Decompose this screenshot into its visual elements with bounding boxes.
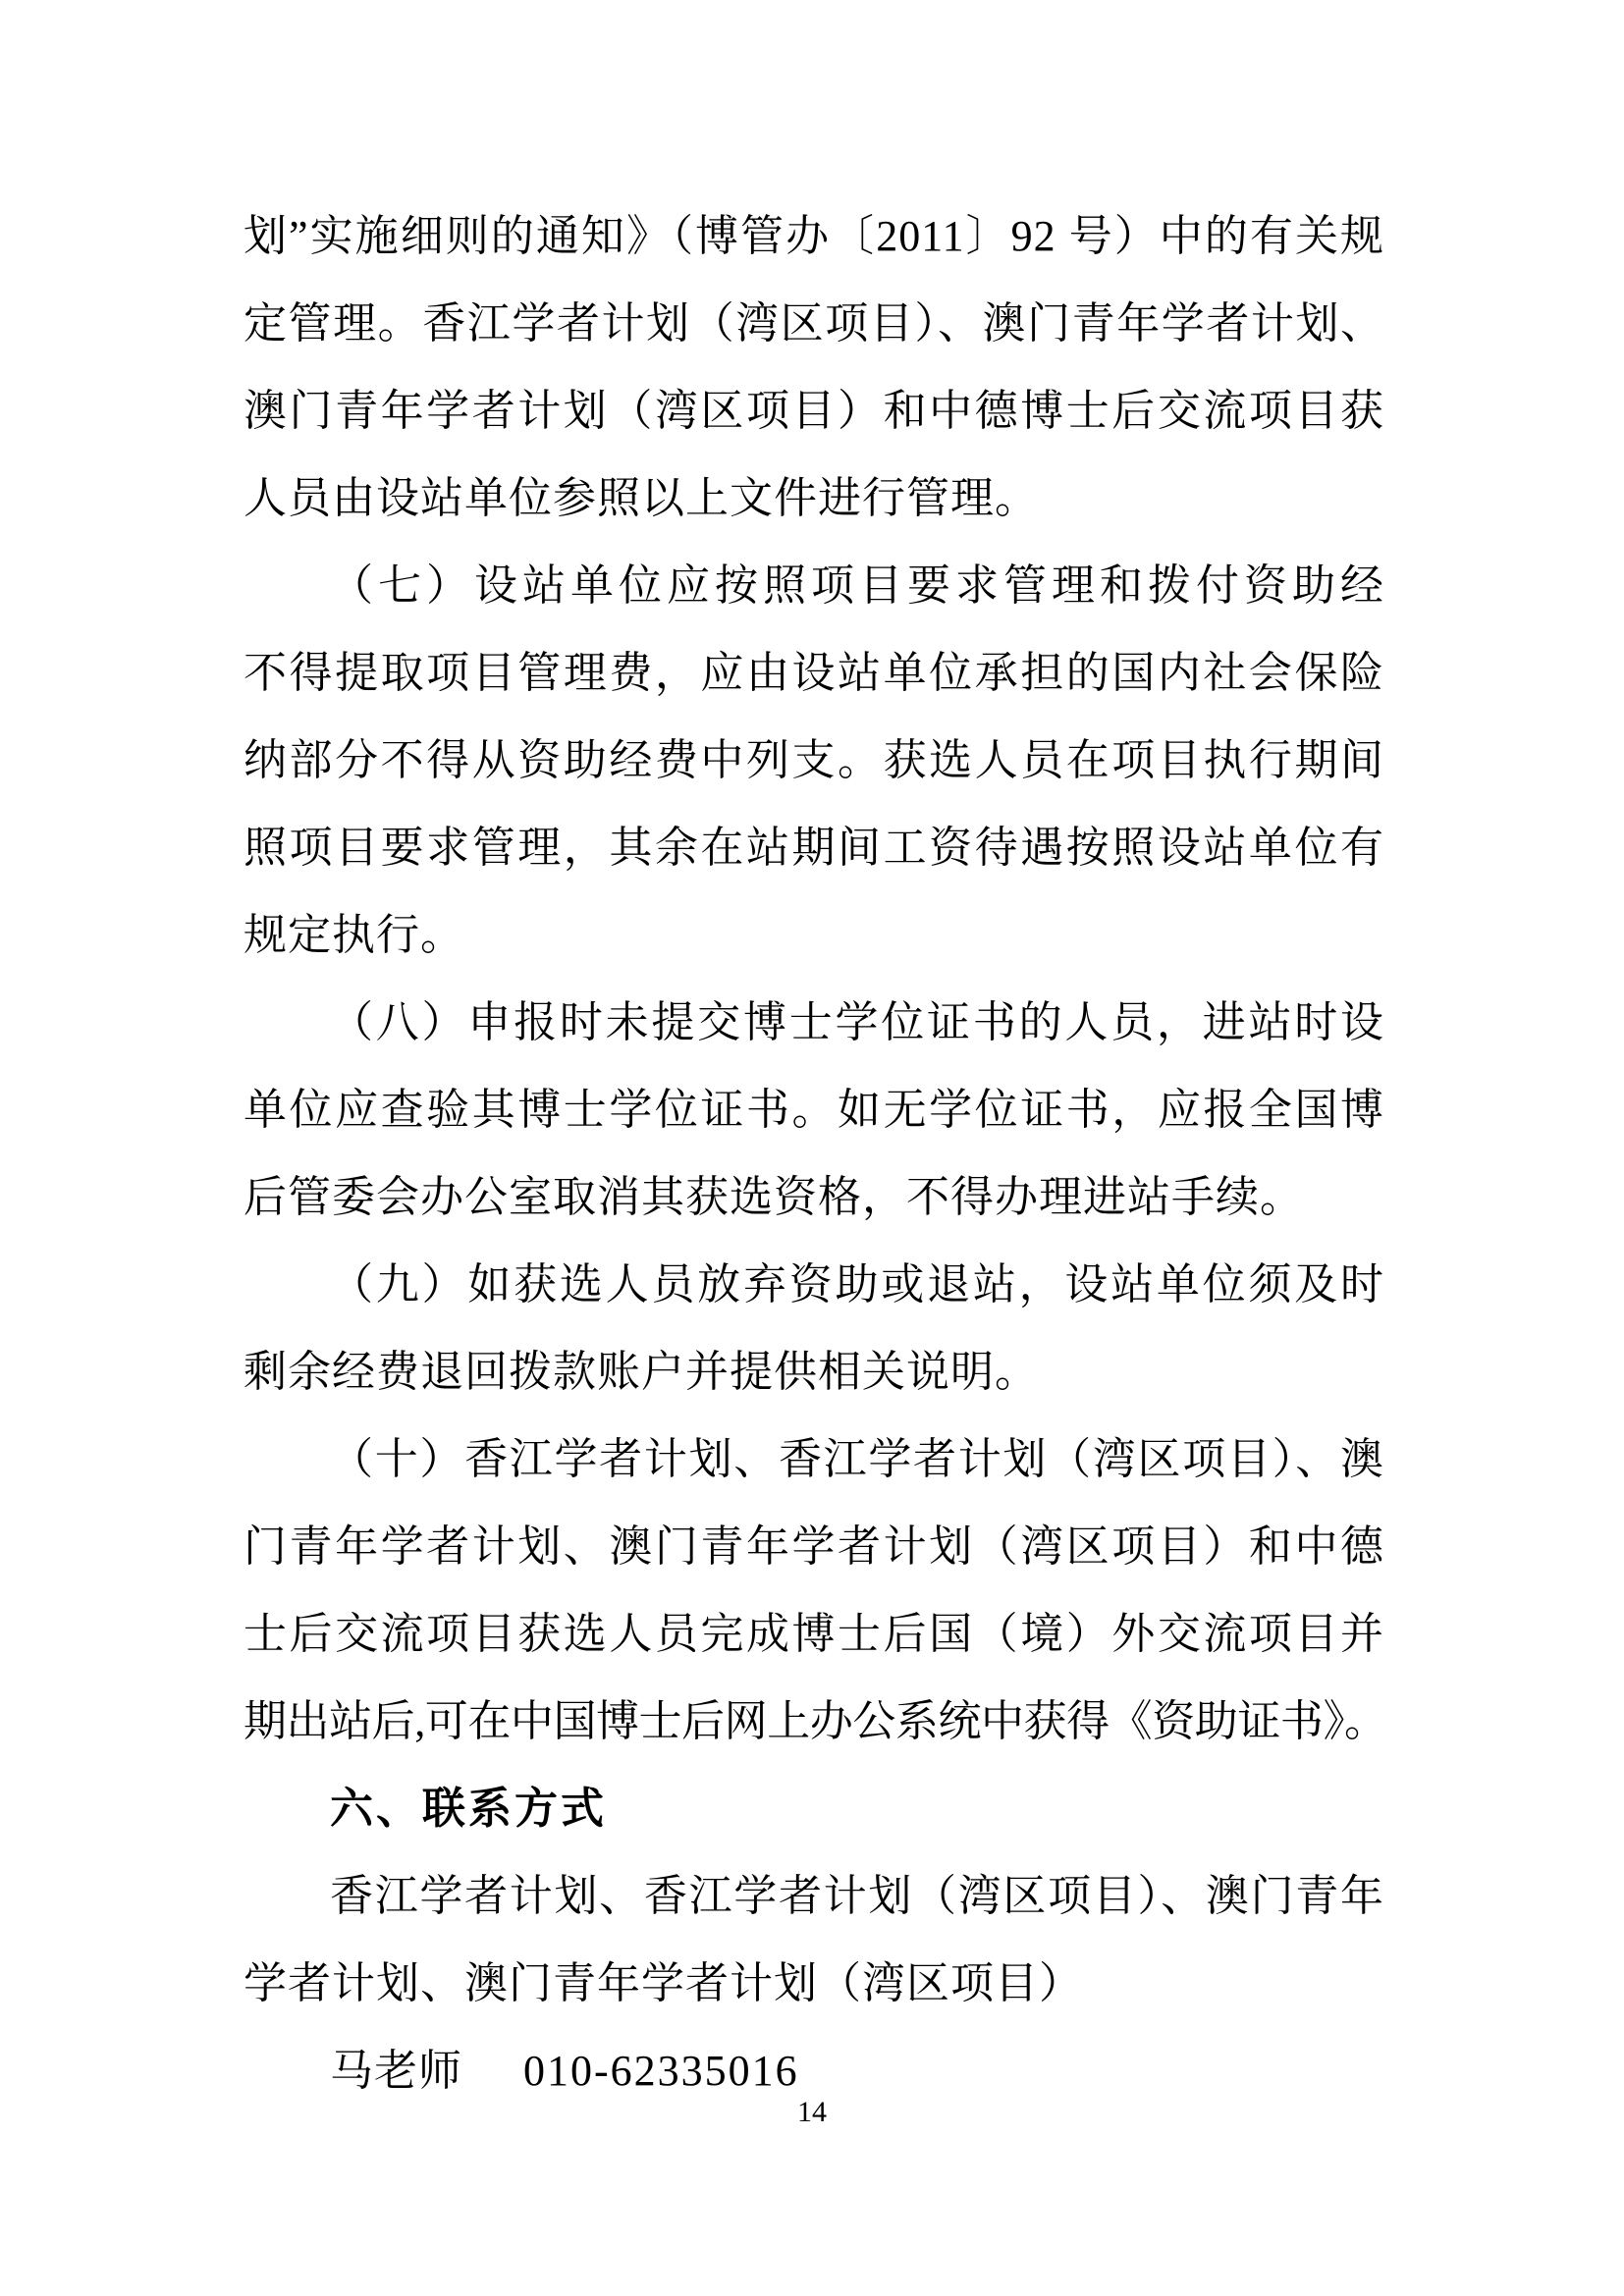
contact-name: 马老师 (330, 2047, 462, 2095)
section-heading: 六、联系方式 (244, 1765, 1384, 1852)
document-page: 划”实施细则的通知》（博管办〔2011〕92 号）中的有关规定管理。香江学者计划… (0, 0, 1624, 2296)
text-line: 规定执行。 (244, 891, 1384, 979)
text-line: 剩余经费退回拨款账户并提供相关说明。 (244, 1328, 1384, 1415)
text-line: 单位应查验其博士学位证书。如无学位证书，应报全国博士 (244, 1066, 1384, 1153)
contact-phone: 010-62335016 (523, 2047, 799, 2095)
text-line: 不得提取项目管理费，应由设站单位承担的国内社会保险缴 (244, 629, 1384, 717)
text-line: （七）设站单位应按照项目要求管理和拨付资助经费， (244, 542, 1384, 629)
text-line: 学者计划、澳门青年学者计划（湾区项目） (244, 1940, 1384, 2027)
text-line: 澳门青年学者计划（湾区项目）和中德博士后交流项目获选 (244, 367, 1384, 454)
text-line: 后管委会办公室取消其获选资格，不得办理进站手续。 (244, 1153, 1384, 1241)
text-line: 照项目要求管理，其余在站期间工资待遇按照设站单位有关 (244, 804, 1384, 891)
text-line: 门青年学者计划、澳门青年学者计划（湾区项目）和中德博 (244, 1503, 1384, 1590)
text-line: （九）如获选人员放弃资助或退站，设站单位须及时将 (244, 1241, 1384, 1328)
text-block: 划”实施细则的通知》（博管办〔2011〕92 号）中的有关规定管理。香江学者计划… (244, 192, 1384, 2114)
text-line: 纳部分不得从资助经费中列支。获选人员在项目执行期间按 (244, 717, 1384, 804)
text-line: 士后交流项目获选人员完成博士后国（境）外交流项目并按 (244, 1590, 1384, 1678)
text-line: 期出站后,可在中国博士后网上办公系统中获得《资助证书》。 (244, 1678, 1384, 1765)
text-line: 划”实施细则的通知》（博管办〔2011〕92 号）中的有关规 (244, 192, 1384, 280)
text-line: 香江学者计划、香江学者计划（湾区项目）、澳门青年 (244, 1852, 1384, 1940)
text-line: （八）申报时未提交博士学位证书的人员，进站时设站 (244, 979, 1384, 1066)
text-line: （十）香江学者计划、香江学者计划（湾区项目）、澳 (244, 1415, 1384, 1503)
text-line: 定管理。香江学者计划（湾区项目）、澳门青年学者计划、 (244, 280, 1384, 367)
text-line: 人员由设站单位参照以上文件进行管理。 (244, 454, 1384, 542)
page-number: 14 (0, 2093, 1624, 2132)
